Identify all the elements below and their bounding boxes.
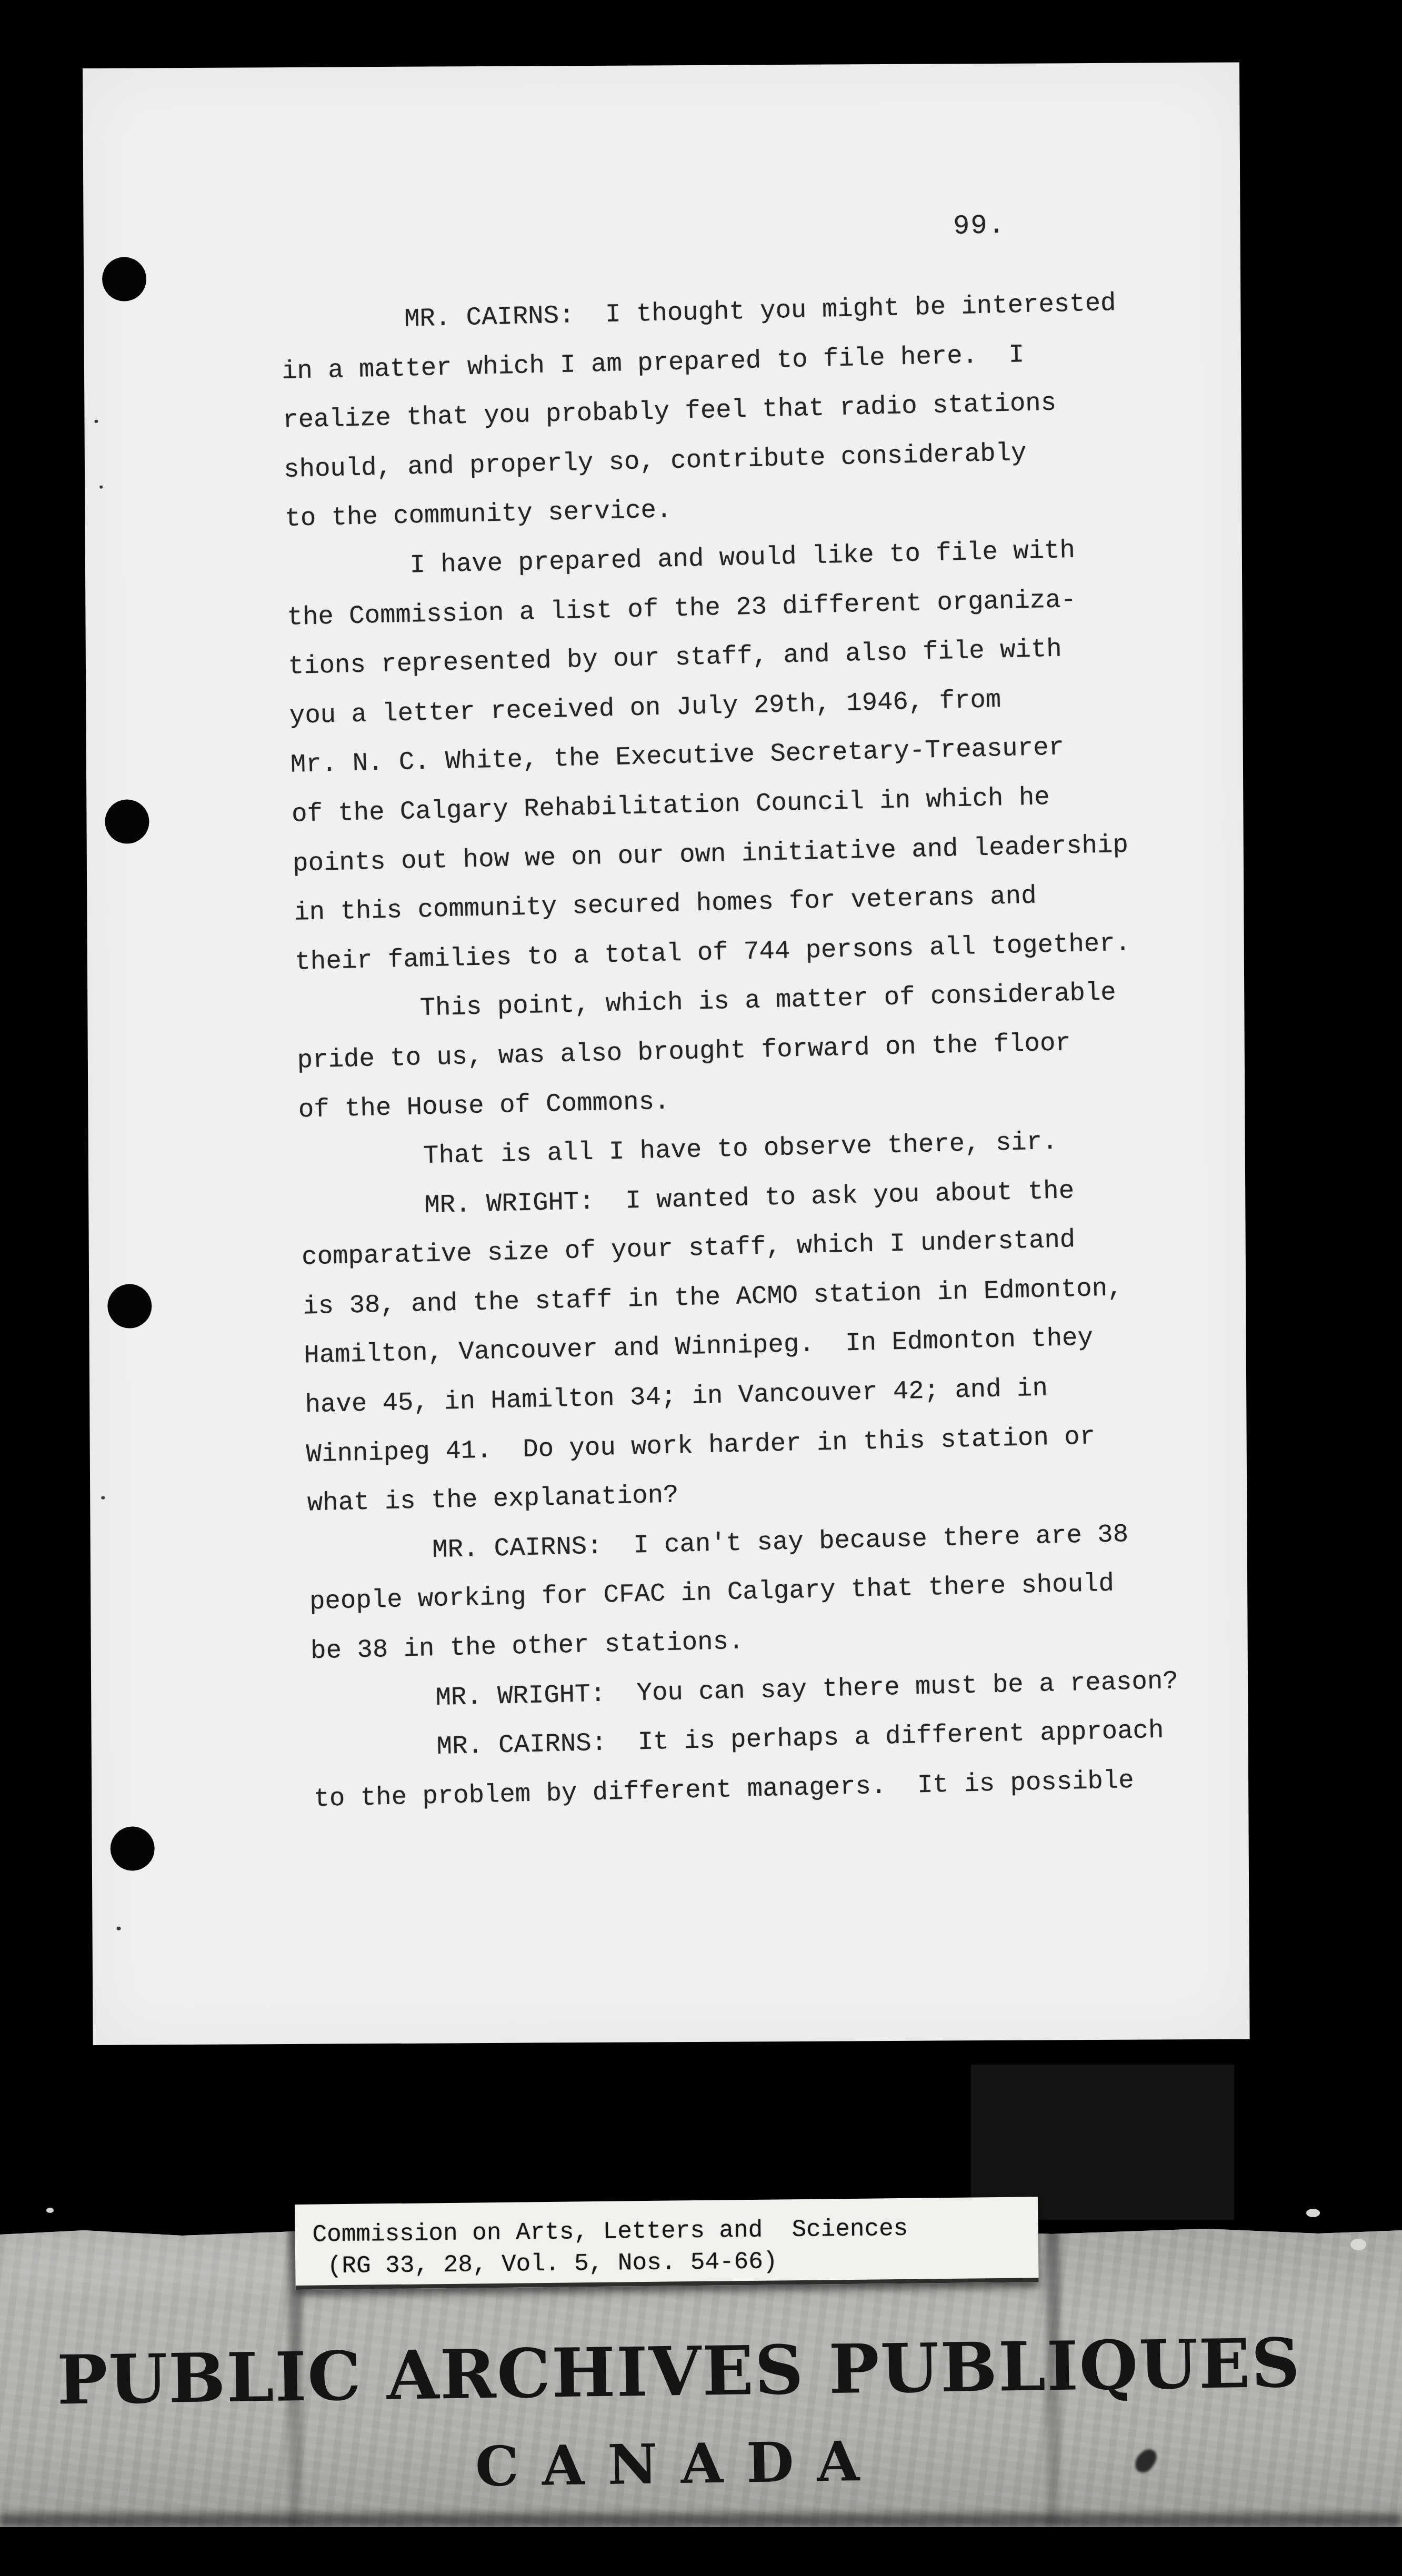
label-line-1: Commission on Arts, Letters and Sciences (312, 2213, 908, 2251)
paper-highlight (0, 2227, 300, 2290)
archive-reference-label: Commission on Arts, Letters and Sciences… (295, 2197, 1039, 2290)
band-bottom-shadow (0, 2513, 1402, 2527)
paper-speck (1350, 2239, 1366, 2250)
document-page: 99. MR. CAIRNS: I thought you might be i… (83, 62, 1250, 2045)
paper-speck (46, 2208, 54, 2213)
typewritten-text-block: 99. MR. CAIRNS: I thought you might be i… (278, 198, 1205, 219)
hole-punch-4 (110, 1826, 154, 1870)
ink-speck (99, 486, 103, 489)
banner-title: PUBLIC ARCHIVES PUBLIQUES (0, 2322, 1380, 2421)
ink-speck (101, 1496, 105, 1500)
hole-punch-2 (105, 799, 149, 843)
ink-speck (94, 420, 98, 423)
paper-speck (1306, 2209, 1320, 2217)
hole-punch-1 (102, 257, 146, 301)
ink-speck (116, 1927, 121, 1930)
page-number: 99. (953, 210, 1006, 242)
scan-background: 99. MR. CAIRNS: I thought you might be i… (0, 0, 1402, 2576)
transcript-lines: MR. CAIRNS: I thought you might be inter… (280, 278, 1181, 1824)
archive-label-text: Commission on Arts, Letters and Sciences… (312, 2213, 908, 2282)
hole-punch-3 (107, 1284, 152, 1328)
banner-subtitle: CANADA (0, 2421, 1380, 2505)
label-line-2: (RG 33, 28, Vol. 5, Nos. 54-66) (313, 2245, 908, 2282)
